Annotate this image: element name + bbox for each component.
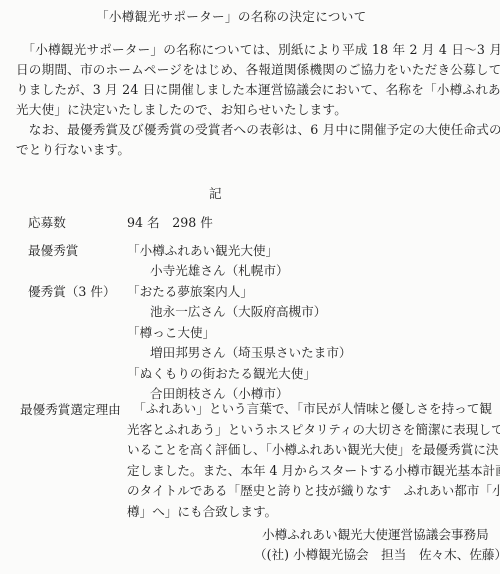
reason-line: いることを高く評価し、「小樽ふれあい観光大使」を最優秀賞に決: [127, 440, 500, 461]
reason-line: のタイトルである「歴史と誇りと技が織りなす ふれあい都市「小: [127, 481, 500, 502]
excellence-prize-winner-1: 池永一広さん（大阪府高槻市）: [150, 301, 326, 320]
excellence-prize-name-1: 「おたる夢旅案内人」: [127, 281, 253, 300]
grand-prize-name: 「小樽ふれあい観光大使」: [127, 240, 278, 259]
intro-line: 「小樽観光サポーター」の名称については、別紙により平成 18 年 2 月 4 日…: [16, 40, 486, 60]
grand-prize-label: 最優秀賞: [28, 240, 78, 259]
intro-line: でとり行ないます。: [16, 140, 486, 160]
reason-line: 「ふれあい」という言葉で、「市民が人情味と優しさを持って観: [127, 399, 500, 420]
excellence-prize-winner-2: 増田邦男さん（埼玉県さいたま市）: [150, 342, 352, 361]
intro-line: なお、最優秀賞及び優秀賞の受賞者への表彰は、6 月中に開催予定の大使任命式の場: [16, 120, 486, 140]
grand-prize-winner: 小寺光雄さん（札幌市）: [150, 260, 289, 279]
reason-label: 最優秀賞選定理由: [20, 399, 121, 418]
reason-line: 光客とふれあう」というホスピタリティの大切さを簡潔に表現して: [127, 420, 500, 441]
applications-label: 応募数: [28, 212, 66, 231]
reason-line: 定しました。また、本年 4 月からスタートする小樽市観光基本計画: [127, 461, 500, 482]
excellence-prize-label: 優秀賞（3 件）: [28, 281, 116, 300]
footer-contact: （(社) 小樽観光協会 担当 佐々木、佐藤）: [254, 545, 500, 565]
excellence-prize-name-2: 「樽っこ大使」: [127, 322, 215, 341]
applications-value: 94 名 298 件: [127, 212, 213, 231]
footer-office: 小樽ふれあい観光大使運営協議会事務局: [254, 525, 500, 545]
footer: 小樽ふれあい観光大使運営協議会事務局 （(社) 小樽観光協会 担当 佐々木、佐藤…: [254, 525, 500, 565]
excellence-prize-name-3: 「ぬくもりの街おたる観光大使」: [127, 363, 316, 382]
ki-heading: 記: [209, 183, 222, 202]
intro-line: 光大使」に決定いたしましたので、お知らせいたします。: [16, 100, 486, 120]
intro-line: りましたが、3 月 24 日に開催しました本運営協議会において、名称を「小樽ふれ…: [16, 80, 486, 100]
reason-line: 樽」へ」にも合致します。: [127, 502, 500, 523]
reason-text: 「ふれあい」という言葉で、「市民が人情味と優しさを持って観 光客とふれあう」とい…: [127, 399, 500, 522]
document-title: 「小樽観光サポーター」の名称の決定について: [96, 6, 367, 25]
intro-line: 日の期間、市のホームページをはじめ、各報道関係機関のご協力をいただき公募してお: [16, 60, 486, 80]
intro-paragraph: 「小樽観光サポーター」の名称については、別紙により平成 18 年 2 月 4 日…: [16, 40, 486, 160]
